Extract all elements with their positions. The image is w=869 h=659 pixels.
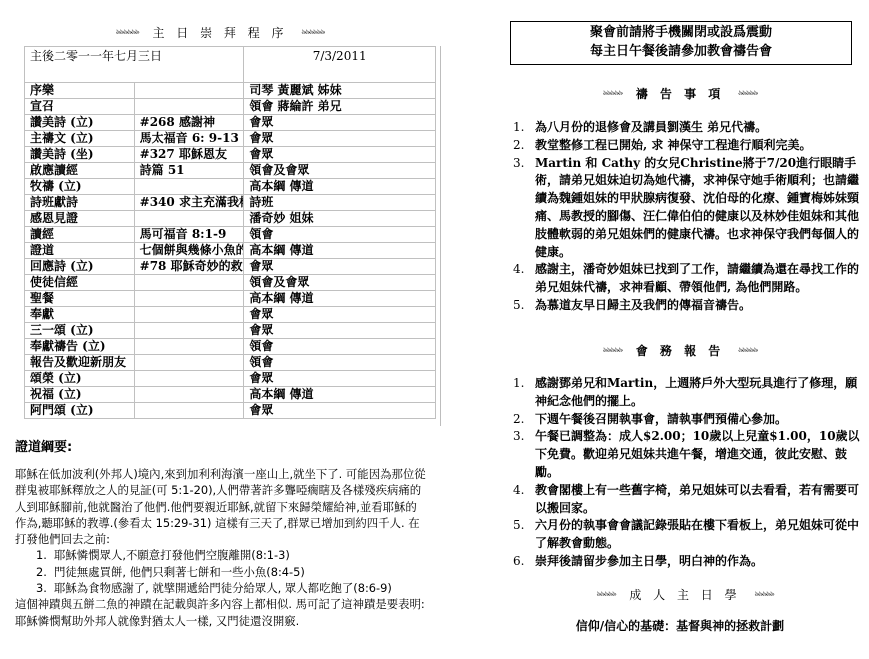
program-detail [134, 403, 244, 419]
sermon-intro: 耶穌在低加波利(外邦人)境內,來到加利利海濱一座山上,就坐下了. 可能因為那位從… [15, 466, 427, 547]
ornament-icon: ঌঌঌঌঌ [738, 88, 757, 98]
sermon-conclusion: 這個神蹟與五餅二魚的神蹟在記載與許多內容上都相似. 馬可記了這神蹟是要表明:耶穌… [15, 596, 427, 629]
program-row: 使徒信經領會及會眾 [25, 275, 436, 291]
program-leader: 高本綱 傳道 [244, 387, 436, 403]
program-detail: 詩篇 51 [134, 163, 244, 179]
program-item: 牧禱 (立) [25, 179, 135, 195]
affairs-item-number: 2. [513, 411, 524, 429]
notice-line-2: 每主日午餐後請參加教會禱告會 [511, 42, 851, 61]
program-leader: 領會 [244, 339, 436, 355]
program-detail [134, 179, 244, 195]
affairs-item-number: 3. [513, 428, 524, 446]
affairs-item: 4.教會閣樓上有一些舊字椅，弟兄姐妹可以去看看，若有需要可以搬回家。 [513, 482, 861, 518]
affairs-item-text: 午餐已調整為：成人$2.00；10歲以上兒童$1.00，10歲以下免費。歡迎弟兄… [535, 429, 860, 479]
prayer-item-text: Martin 和 Cathy 的女兒Christine將于7/20進行眼睛手術，… [535, 156, 859, 259]
ornament-icon: ঌঌঌঌঌ [596, 589, 615, 599]
date-numeric: 7/3/2011 [244, 47, 436, 83]
sermon-point-number: 1. [36, 547, 54, 563]
program-heading: ঌঌঌঌঌঌ 主 日 崇 拜 程 序 ঌঌঌঌঌঌ [0, 24, 440, 41]
program-row: 證道七個餅與幾條小魚的故事高本綱 傳道 [25, 243, 436, 259]
program-leader: 高本綱 傳道 [244, 243, 436, 259]
program-item: 感恩見證 [25, 211, 135, 227]
prayer-item: 1.為八月份的退修會及講員劉漢生 弟兄代禱。 [513, 119, 861, 137]
program-item: 奉獻 [25, 307, 135, 323]
program-detail [134, 307, 244, 323]
program-detail: #78 耶穌奇妙的救恩 [134, 259, 244, 275]
prayer-item-number: 1. [513, 119, 524, 137]
affairs-item: 6.崇拜後請留步參加主日學，明白神的作為。 [513, 553, 861, 571]
program-item: 讀經 [25, 227, 135, 243]
program-row: 詩班獻詩#340 求主充滿我杯詩班 [25, 195, 436, 211]
prayer-item-number: 2. [513, 137, 524, 155]
program-row: 宣召領會 蔣綸許 弟兄 [25, 99, 436, 115]
program-item: 回應詩 (立) [25, 259, 135, 275]
prayer-item: 4.感謝主，潘奇妙姐妹已找到了工作，請繼續為還在尋找工作的弟兄姐妹代禱，求神看顧… [513, 261, 861, 297]
program-detail [134, 355, 244, 371]
program-row: 報告及歡迎新朋友領會 [25, 355, 436, 371]
worship-program-table: 主後二零一一年七月三日 7/3/2011 序樂司琴 黃麗斌 姊妹宣召領會 蔣綸許… [24, 46, 436, 419]
program-row: 頌榮 (立)會眾 [25, 371, 436, 387]
program-detail [134, 371, 244, 387]
sunday-school-title: 成 人 主 日 學 [629, 586, 740, 603]
sermon-point-text: 耶穌為食物感謝了, 就擘開遞給門徒分給眾人, 眾人都吃飽了(8:6-9) [54, 581, 392, 595]
prayer-item: 2.教堂整修工程已開始, 求 神保守工程進行順利完美。 [513, 137, 861, 155]
program-detail: #268 感謝神 [134, 115, 244, 131]
sermon-point: 1.耶穌憐憫眾人,不願意打發他們空腹離開(8:1-3) [15, 547, 427, 563]
prayer-item-number: 4. [513, 261, 524, 279]
program-leader: 會眾 [244, 371, 436, 387]
program-detail: 馬可福音 8:1-9 [134, 227, 244, 243]
prayer-item-text: 教堂整修工程已開始, 求 神保守工程進行順利完美。 [535, 138, 812, 152]
program-item: 阿門頌 (立) [25, 403, 135, 419]
sermon-point-number: 2. [36, 564, 54, 580]
prayer-item-text: 感謝主，潘奇妙姐妹已找到了工作，請繼續為還在尋找工作的弟兄姐妹代禱，求神看顧、帶… [535, 262, 859, 294]
prayer-item-text: 為八月份的退修會及講員劉漢生 弟兄代禱。 [535, 120, 767, 134]
ornament-icon: ঌঌঌঌঌ [754, 589, 773, 599]
program-leader: 領會 蔣綸許 弟兄 [244, 99, 436, 115]
program-row: 主禱文 (立)馬太福音 6: 9-13會眾 [25, 131, 436, 147]
sunday-school-topic: 信仰/信心的基礎：基督與神的拯救計劃 [510, 617, 850, 634]
program-row: 祝福 (立)高本綱 傳道 [25, 387, 436, 403]
program-detail: 七個餅與幾條小魚的故事 [134, 243, 244, 259]
program-item: 聖餐 [25, 291, 135, 307]
program-row: 序樂司琴 黃麗斌 姊妹 [25, 83, 436, 99]
program-date-row: 主後二零一一年七月三日 7/3/2011 [25, 47, 436, 83]
ornament-icon: ঌঌঌঌঌ [603, 88, 622, 98]
program-leader: 會眾 [244, 147, 436, 163]
prayer-item-number: 3. [513, 155, 524, 173]
affairs-item: 2.下週午餐後召開執事會，請執事們預備心參加。 [513, 411, 861, 429]
program-item: 讚美詩 (坐) [25, 147, 135, 163]
program-item: 奉獻禱告 (立) [25, 339, 135, 355]
notice-box: 聚會前請將手機關閉或設爲震動 每主日午餐後請參加教會禱告會 [510, 21, 852, 65]
program-leader: 領會及會眾 [244, 163, 436, 179]
date-chinese: 主後二零一一年七月三日 [25, 47, 244, 83]
program-leader: 會眾 [244, 307, 436, 323]
affairs-item-number: 1. [513, 375, 524, 393]
affairs-items-list: 1.感謝鄧弟兄和Martin，上週將戶外大型玩具進行了修理，願神紀念他們的擺上。… [513, 375, 861, 571]
prayer-item: 3.Martin 和 Cathy 的女兒Christine將于7/20進行眼睛手… [513, 155, 861, 262]
program-detail [134, 339, 244, 355]
program-row: 讚美詩 (坐)#327 耶穌恩友會眾 [25, 147, 436, 163]
program-item: 詩班獻詩 [25, 195, 135, 211]
affairs-item-number: 6. [513, 553, 524, 571]
sermon-point-number: 3. [36, 580, 54, 596]
sermon-point-text: 門徒無處買餅, 他們只剩著七餅和一些小魚(8:4-5) [54, 565, 305, 579]
ornament-icon: ঌঌঌঌঌঌ [301, 27, 324, 37]
affairs-heading: ঌঌঌঌঌ 會 務 報 告 ঌঌঌঌঌ [510, 342, 850, 359]
affairs-item-text: 感謝鄧弟兄和Martin，上週將戶外大型玩具進行了修理，願神紀念他們的擺上。 [535, 376, 857, 408]
prayer-item: 5.為慕道友早日歸主及我們的傳福音禱告。 [513, 297, 861, 315]
affairs-item-number: 4. [513, 482, 524, 500]
program-item: 報告及歡迎新朋友 [25, 355, 135, 371]
program-row: 三一頌 (立)會眾 [25, 323, 436, 339]
affairs-item-text: 教會閣樓上有一些舊字椅，弟兄姐妹可以去看看，若有需要可以搬回家。 [535, 483, 859, 515]
prayer-heading: ঌঌঌঌঌ 禱 告 事 項 ঌঌঌঌঌ [510, 85, 850, 102]
program-leader: 會眾 [244, 403, 436, 419]
program-leader: 會眾 [244, 259, 436, 275]
prayer-item-number: 5. [513, 297, 524, 315]
ornament-icon: ঌঌঌঌঌঌ [116, 27, 139, 37]
ornament-icon: ঌঌঌঌঌ [603, 345, 622, 355]
affairs-title: 會 務 報 告 [636, 342, 725, 359]
sermon-point: 3.耶穌為食物感謝了, 就擘開遞給門徒分給眾人, 眾人都吃飽了(8:6-9) [15, 580, 427, 596]
program-detail [134, 291, 244, 307]
ornament-icon: ঌঌঌঌঌ [738, 345, 757, 355]
program-item: 主禱文 (立) [25, 131, 135, 147]
program-item: 啟應讀經 [25, 163, 135, 179]
program-item: 讚美詩 (立) [25, 115, 135, 131]
program-row: 回應詩 (立)#78 耶穌奇妙的救恩會眾 [25, 259, 436, 275]
program-detail [134, 83, 244, 99]
program-detail [134, 275, 244, 291]
program-row: 奉獻禱告 (立)領會 [25, 339, 436, 355]
program-leader: 領會 [244, 227, 436, 243]
program-leader: 會眾 [244, 115, 436, 131]
program-detail: 馬太福音 6: 9-13 [134, 131, 244, 147]
program-detail [134, 211, 244, 227]
affairs-item: 3.午餐已調整為：成人$2.00；10歲以上兒童$1.00，10歲以下免費。歡迎… [513, 428, 861, 481]
sermon-point-text: 耶穌憐憫眾人,不願意打發他們空腹離開(8:1-3) [54, 548, 290, 562]
program-leader: 高本綱 傳道 [244, 179, 436, 195]
program-row: 牧禱 (立)高本綱 傳道 [25, 179, 436, 195]
program-title: 主 日 崇 拜 程 序 [152, 24, 287, 41]
program-row: 啟應讀經詩篇 51領會及會眾 [25, 163, 436, 179]
sunday-school-heading: ঌঌঌঌঌ 成 人 主 日 學 ঌঌঌঌঌ [550, 586, 820, 603]
program-item: 證道 [25, 243, 135, 259]
affairs-item: 5.六月份的執事會會議記錄張貼在樓下看板上，弟兄姐妹可從中了解教會動態。 [513, 517, 861, 553]
program-row: 讀經馬可福音 8:1-9領會 [25, 227, 436, 243]
sermon-point: 2.門徒無處買餅, 他們只剩著七餅和一些小魚(8:4-5) [15, 564, 427, 580]
program-item: 使徒信經 [25, 275, 135, 291]
program-row: 讚美詩 (立)#268 感謝神會眾 [25, 115, 436, 131]
program-detail: #340 求主充滿我杯 [134, 195, 244, 211]
program-leader: 會眾 [244, 323, 436, 339]
program-row: 聖餐高本綱 傳道 [25, 291, 436, 307]
program-detail [134, 99, 244, 115]
program-item: 宣召 [25, 99, 135, 115]
affairs-item-text: 崇拜後請留步參加主日學，明白神的作為。 [535, 554, 763, 568]
sermon-outline-title: 證道綱要: [15, 436, 72, 455]
program-leader: 領會 [244, 355, 436, 371]
program-leader: 會眾 [244, 131, 436, 147]
program-detail: #327 耶穌恩友 [134, 147, 244, 163]
affairs-item-text: 六月份的執事會會議記錄張貼在樓下看板上，弟兄姐妹可從中了解教會動態。 [535, 518, 859, 550]
program-leader: 司琴 黃麗斌 姊妹 [244, 83, 436, 99]
affairs-item-text: 下週午餐後召開執事會，請執事們預備心參加。 [535, 412, 787, 426]
prayer-title: 禱 告 事 項 [636, 85, 725, 102]
program-row: 感恩見證潘奇妙 姐妹 [25, 211, 436, 227]
affairs-item-number: 5. [513, 517, 524, 535]
notice-line-1: 聚會前請將手機關閉或設爲震動 [511, 23, 851, 42]
prayer-items-list: 1.為八月份的退修會及講員劉漢生 弟兄代禱。2.教堂整修工程已開始, 求 神保守… [513, 119, 861, 315]
program-item: 頌榮 (立) [25, 371, 135, 387]
program-leader: 領會及會眾 [244, 275, 436, 291]
prayer-item-text: 為慕道友早日歸主及我們的傳福音禱告。 [535, 298, 751, 312]
program-leader: 高本綱 傳道 [244, 291, 436, 307]
program-item: 三一頌 (立) [25, 323, 135, 339]
program-row: 奉獻會眾 [25, 307, 436, 323]
program-leader: 潘奇妙 姐妹 [244, 211, 436, 227]
sermon-points-list: 1.耶穌憐憫眾人,不願意打發他們空腹離開(8:1-3)2.門徒無處買餅, 他們只… [15, 547, 427, 596]
program-detail [134, 387, 244, 403]
worship-program-page: ঌঌঌঌঌঌ 主 日 崇 拜 程 序 ঌঌঌঌঌঌ 主後二零一一年七月三日 7/… [0, 0, 440, 659]
affairs-item: 1.感謝鄧弟兄和Martin，上週將戶外大型玩具進行了修理，願神紀念他們的擺上。 [513, 375, 861, 411]
program-row: 阿門頌 (立)會眾 [25, 403, 436, 419]
sermon-outline-body: 耶穌在低加波利(外邦人)境內,來到加利利海濱一座山上,就坐下了. 可能因為那位從… [15, 466, 427, 629]
program-item: 祝福 (立) [25, 387, 135, 403]
program-item: 序樂 [25, 83, 135, 99]
program-leader: 詩班 [244, 195, 436, 211]
program-detail [134, 323, 244, 339]
announcements-page: 聚會前請將手機關閉或設爲震動 每主日午餐後請參加教會禱告會 ঌঌঌঌঌ 禱 告 … [440, 0, 869, 659]
